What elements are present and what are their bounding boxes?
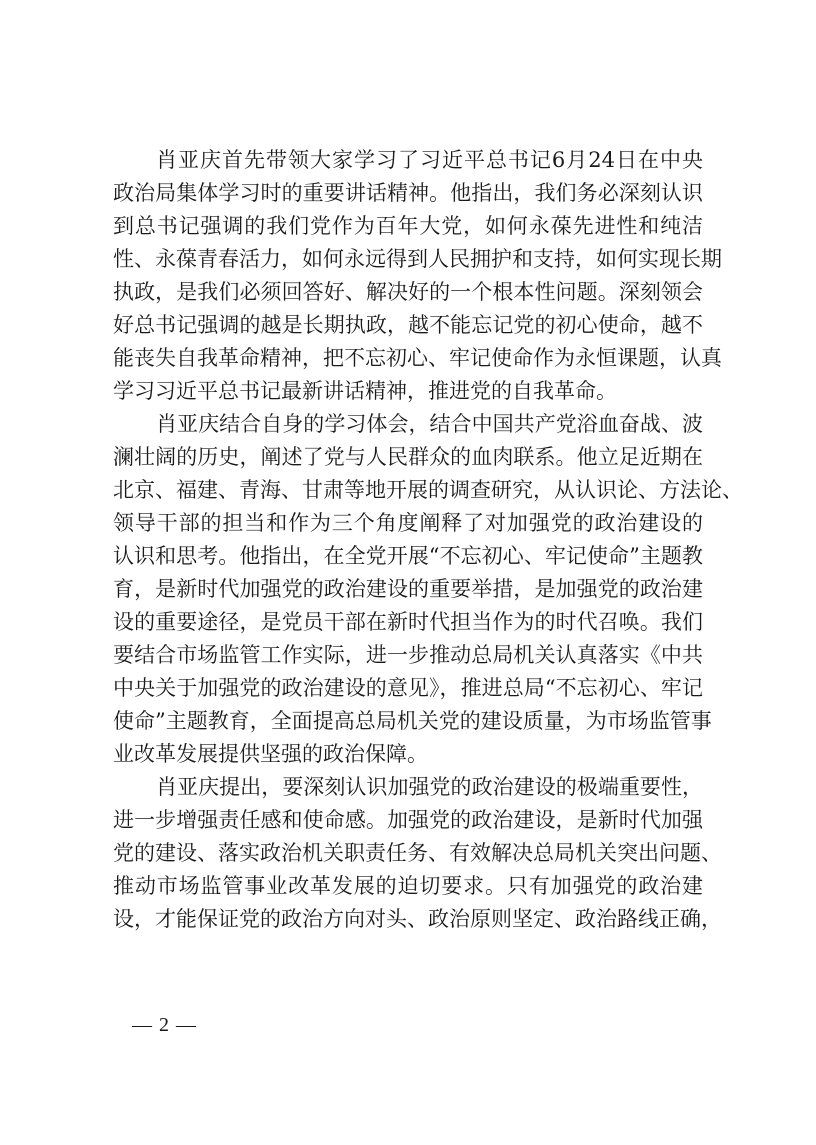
text-line: 肖亚庆结合自身的学习体会，结合中国共产党浴血奋战、波	[113, 408, 703, 441]
text-line: 党的建设、落实政治机关职责任务、有效解决总局机关突出问题、	[113, 837, 703, 870]
document-page: 肖亚庆首先带领大家学习了习近平总书记6月24日在中央 政治局集体学习时的重要讲话…	[0, 0, 816, 1145]
text-line: 北京、福建、青海、甘肃等地开展的调查研究，从认识论、方法论、	[113, 474, 703, 507]
text-line: 中央关于加强党的政治建设的意见》，推进总局“不忘初心、牢记	[113, 672, 703, 705]
text-line: 肖亚庆首先带领大家学习了习近平总书记6月24日在中央	[113, 144, 703, 177]
paragraph-2: 肖亚庆结合自身的学习体会，结合中国共产党浴血奋战、波 澜壮阔的历史，阐述了党与人…	[113, 408, 703, 771]
text-line: 使命”主题教育，全面提高总局机关党的建设质量，为市场监管事	[113, 705, 703, 738]
text-line: 政治局集体学习时的重要讲话精神。他指出，我们务必深刻认识	[113, 177, 703, 210]
text-line: 推动市场监管事业改革发展的迫切要求。只有加强党的政治建	[113, 870, 703, 903]
text-line: 育，是新时代加强党的政治建设的重要举措，是加强党的政治建	[113, 573, 703, 606]
text-line: 好总书记强调的越是长期执政，越不能忘记党的初心使命，越不	[113, 309, 703, 342]
paragraph-1: 肖亚庆首先带领大家学习了习近平总书记6月24日在中央 政治局集体学习时的重要讲话…	[113, 144, 703, 408]
text-line: 执政，是我们必须回答好、解决好的一个根本性问题。深刻领会	[113, 276, 703, 309]
document-body: 肖亚庆首先带领大家学习了习近平总书记6月24日在中央 政治局集体学习时的重要讲话…	[113, 144, 703, 936]
text-line: 要结合市场监管工作实际，进一步推动总局机关认真落实《中共	[113, 639, 703, 672]
text-line: 设的重要途径，是党员干部在新时代担当作为的时代召唤。我们	[113, 606, 703, 639]
text-line: 能丧失自我革命精神，把不忘初心、牢记使命作为永恒课题，认真	[113, 342, 703, 375]
paragraph-3: 肖亚庆提出，要深刻认识加强党的政治建设的极端重要性， 进一步增强责任感和使命感。…	[113, 771, 703, 936]
text-line: 学习习近平总书记最新讲话精神，推进党的自我革命。	[113, 375, 703, 408]
text-line: 设，才能保证党的政治方向对头、政治原则坚定、政治路线正确，	[113, 903, 703, 936]
text-line: 性、永葆青春活力，如何永远得到人民拥护和支持，如何实现长期	[113, 243, 703, 276]
text-line: 业改革发展提供坚强的政治保障。	[113, 738, 703, 771]
text-line: 领导干部的担当和作为三个角度阐释了对加强党的政治建设的	[113, 507, 703, 540]
text-line: 澜壮阔的历史，阐述了党与人民群众的血肉联系。他立足近期在	[113, 441, 703, 474]
text-line: 进一步增强责任感和使命感。加强党的政治建设，是新时代加强	[113, 804, 703, 837]
text-line: 肖亚庆提出，要深刻认识加强党的政治建设的极端重要性，	[113, 771, 703, 804]
text-line: 到总书记强调的我们党作为百年大党，如何永葆先进性和纯洁	[113, 210, 703, 243]
page-number: — 2 —	[132, 1014, 197, 1037]
text-line: 认识和思考。他指出，在全党开展“不忘初心、牢记使命”主题教	[113, 540, 703, 573]
